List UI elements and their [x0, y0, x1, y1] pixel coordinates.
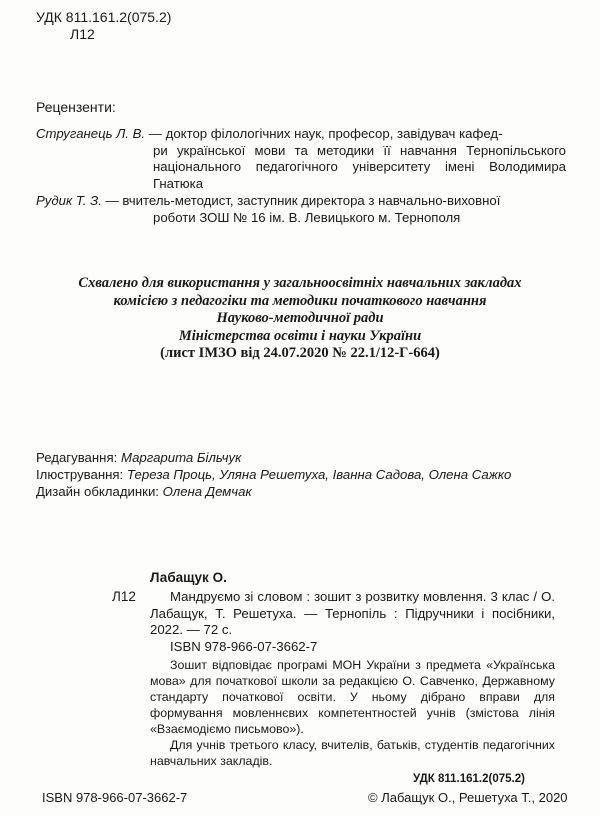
credits: Редагування: Маргарита Більчук Ілюструва… [36, 449, 511, 500]
footer-copyright: © Лабащук О., Решетуха Т., 2020 [368, 790, 568, 805]
reviewer-name: Струганець Л. В. [36, 126, 145, 141]
reviewer-name: Рудик Т. З. [36, 193, 102, 208]
reviewers-title: Рецензенти: [36, 99, 116, 115]
credit-cover: Дизайн обкладинки: Олена Демчак [36, 483, 511, 500]
udk-header: УДК 811.161.2(075.2) Л12 [36, 9, 171, 43]
catalog-author: Лабащук О. [150, 570, 227, 585]
catalog-isbn: ISBN 978-966-07-3662-7 [150, 639, 555, 656]
approval-line: Міністерства освіти і науки України [0, 328, 600, 346]
reviewer-description: вчитель-методист, заступник директора з … [122, 193, 500, 208]
reviewer-1: Струганець Л. В. — доктор філологічних н… [36, 126, 566, 192]
udk-code: УДК 811.161.2(075.2) [36, 9, 171, 25]
reviewer-2: Рудик Т. З. — вчитель-методист, заступни… [36, 193, 566, 226]
reviewer-description-cont: ри української мови та методики її навча… [36, 143, 566, 193]
approval-stamp: Схвалено для використання у загальноосві… [0, 275, 600, 363]
catalog-annotation: Зошит відповідає програмі МОН України з … [150, 657, 555, 769]
catalog-description: Мандруємо зі словом : зошит з розвитку м… [150, 589, 555, 655]
catalog-code: Л12 [112, 589, 136, 604]
credit-editing: Редагування: Маргарита Більчук [36, 449, 511, 466]
credit-illustration: Ілюстрування: Тереза Проць, Уляна Решету… [36, 466, 511, 483]
approval-line: Схвалено для використання у загальноосві… [0, 275, 600, 293]
reviewer-description-cont: роботи ЗОШ № 16 ім. В. Левицького м. Тер… [36, 210, 566, 227]
footer-isbn: ISBN 978-966-07-3662-7 [42, 790, 187, 805]
library-code: Л12 [36, 26, 171, 43]
approval-line: комісією з педагогіки та методики початк… [0, 293, 600, 311]
reviewer-description: доктор філологічних наук, професор, заві… [166, 126, 503, 141]
approval-letter: (лист ІМЗО від 24.07.2020 № 22.1/12-Г-66… [0, 345, 600, 363]
catalog-udk: УДК 811.161.2(075.2) [413, 773, 525, 785]
approval-line: Науково-методичної ради [0, 310, 600, 328]
catalog-audience: Для учнів третього класу, вчителів, бать… [150, 737, 555, 769]
